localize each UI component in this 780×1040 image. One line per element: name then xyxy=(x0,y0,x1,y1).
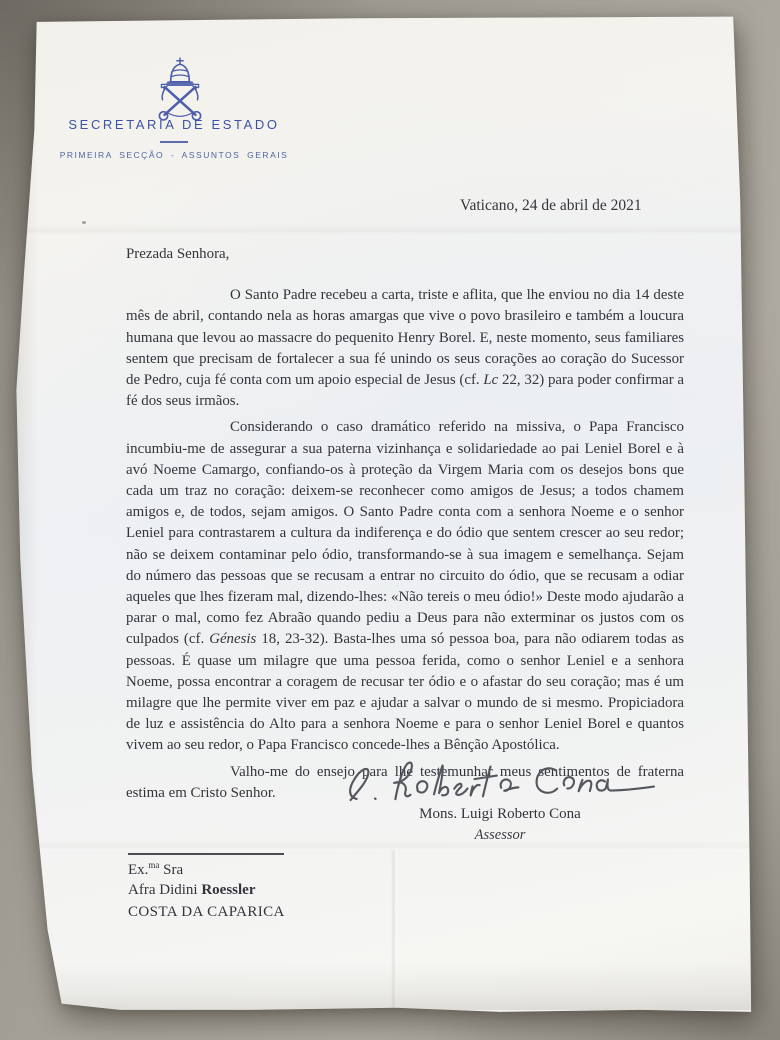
recipient-locality: COSTA DA CAPARICA xyxy=(128,904,285,921)
recipient-honorific: Ex.ma Sra xyxy=(128,860,183,879)
fold-crease-top xyxy=(0,224,780,240)
letterhead-divider xyxy=(160,141,188,143)
salutation: Prezada Senhora, xyxy=(126,244,684,265)
recipient-divider xyxy=(128,853,284,855)
honorific-superscript: ma xyxy=(148,860,159,870)
paper-shadow: SECRETARIA DE ESTADO PRIMEIRA SECÇÃO - A… xyxy=(0,0,780,1040)
recipient-name-regular: Afra Didini xyxy=(128,882,201,898)
recipient-name-bold: Roessler xyxy=(201,882,255,898)
dateline: Vaticano, 24 de abril de 2021 xyxy=(460,197,642,215)
paper-left-shade xyxy=(8,0,38,1040)
signer-title: Assessor xyxy=(378,827,622,844)
letter-paragraph: O Santo Padre recebeu a carta, triste e … xyxy=(126,285,684,412)
letter-body: Prezada Senhora, O Santo Padre recebeu a… xyxy=(126,244,684,804)
vertical-fold-crease xyxy=(391,850,398,1008)
letter-paragraph: Considerando o caso dramático referido n… xyxy=(126,417,684,756)
recipient-name: Afra Didini Roessler xyxy=(128,882,255,899)
vatican-tiara-crossed-keys-icon xyxy=(151,56,209,122)
signature-handwriting xyxy=(341,747,668,812)
letterhead-section-line: PRIMEIRA SECÇÃO - ASSUNTOS GERAIS xyxy=(52,150,296,160)
letter-photo: SECRETARIA DE ESTADO PRIMEIRA SECÇÃO - A… xyxy=(0,0,780,1040)
letter-paper: SECRETARIA DE ESTADO PRIMEIRA SECÇÃO - A… xyxy=(0,0,780,1040)
signer-name: Mons. Luigi Roberto Cona xyxy=(378,806,622,823)
letterhead-org-name: SECRETARIA DE ESTADO xyxy=(64,117,284,132)
honorific-prefix: Ex. xyxy=(128,862,148,878)
honorific-suffix: Sra xyxy=(159,862,183,878)
paper-bottom-curl-shade xyxy=(0,962,780,1010)
paper-speck xyxy=(82,221,86,224)
